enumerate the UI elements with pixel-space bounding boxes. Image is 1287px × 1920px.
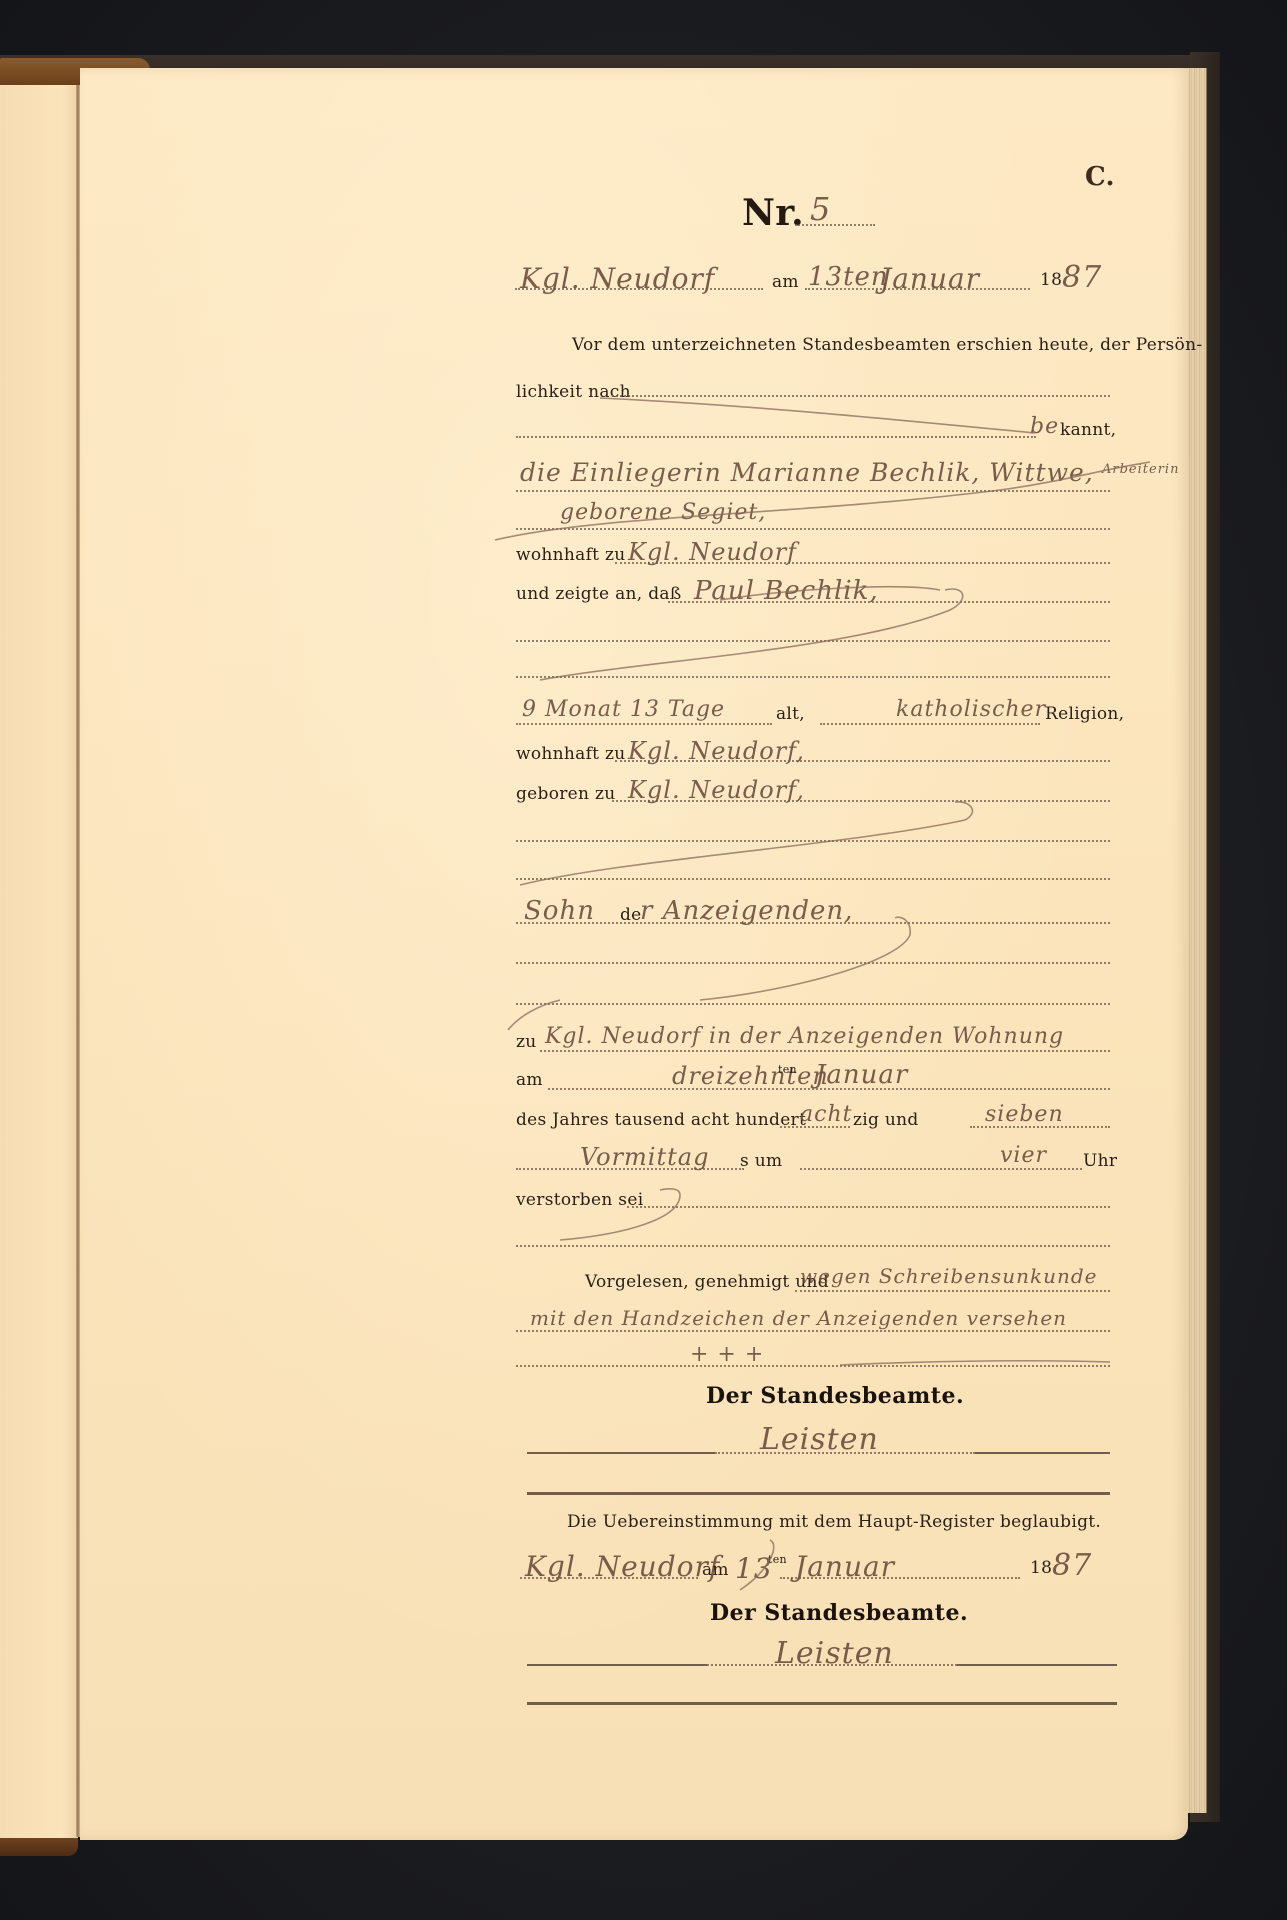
certification-signature-line-left	[527, 1664, 707, 1666]
informant-name: die Einliegerin Marianne Bechlik, Wittwe…	[520, 458, 1094, 487]
signature-line-left	[527, 1452, 715, 1454]
relation-line	[516, 922, 1110, 924]
header-place: Kgl. Neudorf	[520, 262, 715, 295]
closing-marks-line	[516, 1365, 1110, 1367]
death-date-line	[548, 1088, 1110, 1090]
death-day: dreizehnten	[672, 1062, 829, 1090]
death-time-of-day: Vormittag	[580, 1143, 709, 1171]
closing-hand-1: wegen Schreibensunkunde	[800, 1264, 1097, 1288]
death-uhr: Uhr	[1083, 1151, 1117, 1171]
certification-am: am	[702, 1560, 729, 1580]
blank-line-7	[516, 1245, 1110, 1247]
deceased-religion: katholischer	[896, 697, 1046, 722]
certification-place-line	[520, 1577, 698, 1579]
certification-year-suffix: 87	[1052, 1548, 1092, 1583]
blank-line-6	[516, 1003, 1110, 1005]
certification-separator-line	[527, 1702, 1117, 1705]
deceased-wohnhaft-line	[615, 760, 1110, 762]
death-s-um: s um	[740, 1151, 782, 1171]
deceased-religion-line	[820, 723, 1040, 725]
intro-bekannt: kannt,	[1060, 420, 1116, 440]
deceased-age-line	[516, 723, 772, 725]
closing-vorgelesen: Vorgelesen, genehmigt und	[585, 1272, 829, 1292]
informant-maiden-name: geborene Segiet,	[560, 500, 766, 525]
death-hour: vier	[1000, 1143, 1047, 1168]
closing-hand-2-line	[516, 1330, 1110, 1332]
certification-text: Die Uebereinstimmung mit dem Haupt-Regis…	[567, 1512, 1101, 1532]
official-title: Der Standesbeamte.	[706, 1383, 964, 1409]
death-verstorben: verstorben sei	[516, 1190, 643, 1210]
certification-day: 13	[735, 1552, 773, 1585]
deceased-name-line	[668, 601, 1110, 603]
intro-line-2-field	[612, 395, 1110, 397]
closing-marks: + + +	[690, 1342, 764, 1367]
header-year-prefix: 18	[1040, 270, 1062, 290]
deceased-geboren-line	[612, 800, 1110, 802]
informant-zeigte-label: und zeigte an, daß	[516, 584, 681, 604]
certification-ten: ten	[768, 1553, 787, 1566]
blank-line-5	[516, 962, 1110, 964]
deceased-wohnhaft-label: wohnhaft zu	[516, 744, 626, 764]
death-year-units-line	[970, 1126, 1110, 1128]
record-number-label: Nr.	[742, 192, 804, 234]
intro-line-1: Vor dem unterzeichneten Standesbeamten e…	[572, 335, 1202, 355]
death-hour-line	[800, 1168, 1082, 1170]
deceased-geboren-label: geboren zu	[516, 784, 616, 804]
informant-line-1	[516, 490, 1110, 492]
certification-official-title: Der Standesbeamte.	[710, 1600, 968, 1626]
signature-line-right	[975, 1452, 1110, 1454]
intro-bekannt-hand: be	[1030, 414, 1059, 439]
death-verstorben-line	[627, 1206, 1110, 1208]
closing-hand-2: mit den Handzeichen der Anzeigenden vers…	[530, 1306, 1067, 1330]
informant-wohnhaft-line	[615, 562, 1110, 564]
section-letter: C.	[1085, 162, 1115, 192]
certification-signature-line-dotted	[707, 1664, 957, 1666]
death-month: Januar	[815, 1060, 908, 1090]
blank-line-4	[516, 878, 1110, 880]
certification-signature-line-right	[957, 1664, 1117, 1666]
death-time-of-day-line	[516, 1168, 744, 1170]
informant-occupation: Arbeiterin	[1102, 462, 1179, 477]
number-line	[795, 224, 875, 226]
certification-date-line	[780, 1577, 1020, 1579]
blank-line-3	[516, 840, 1110, 842]
death-year-label: des Jahres tausend acht hundert	[516, 1110, 806, 1130]
intro-line-3-field	[516, 436, 1036, 438]
header-month: Januar	[880, 262, 980, 295]
blank-line-2	[516, 676, 1110, 678]
page-content: C. Nr. 5 Kgl. Neudorf am 13ten Januar 18…	[0, 0, 1287, 1920]
informant-line-2	[516, 528, 1110, 530]
death-year-tens: acht	[800, 1102, 852, 1127]
informant-wohnhaft-label: wohnhaft zu	[516, 545, 626, 565]
signature-line-dotted	[715, 1452, 975, 1454]
death-place-line	[540, 1050, 1110, 1052]
record-number-value: 5	[810, 190, 831, 228]
death-place: Kgl. Neudorf in der Anzeigenden Wohnung	[545, 1024, 1064, 1049]
death-zu-label: zu	[516, 1032, 537, 1052]
death-year-tens-line	[780, 1126, 850, 1128]
closing-hand-1-line	[795, 1290, 1110, 1292]
death-zig-und: zig und	[853, 1110, 919, 1130]
death-am-label: am	[516, 1070, 543, 1090]
certification-year-prefix: 18	[1030, 1558, 1052, 1578]
separator-line	[527, 1492, 1110, 1495]
header-am: am	[772, 272, 799, 292]
deceased-religion-label: Religion,	[1045, 704, 1124, 724]
blank-line-1	[516, 640, 1110, 642]
header-date-line	[805, 288, 1030, 290]
intro-line-2: lichkeit nach	[516, 382, 631, 402]
deceased-alt-label: alt,	[776, 704, 805, 724]
header-year-suffix: 87	[1062, 260, 1102, 295]
deceased-age: 9 Monat 13 Tage	[522, 697, 725, 722]
death-day-ten: ten	[778, 1063, 797, 1076]
header-place-line	[515, 288, 763, 290]
death-year-units: sieben	[985, 1102, 1064, 1127]
